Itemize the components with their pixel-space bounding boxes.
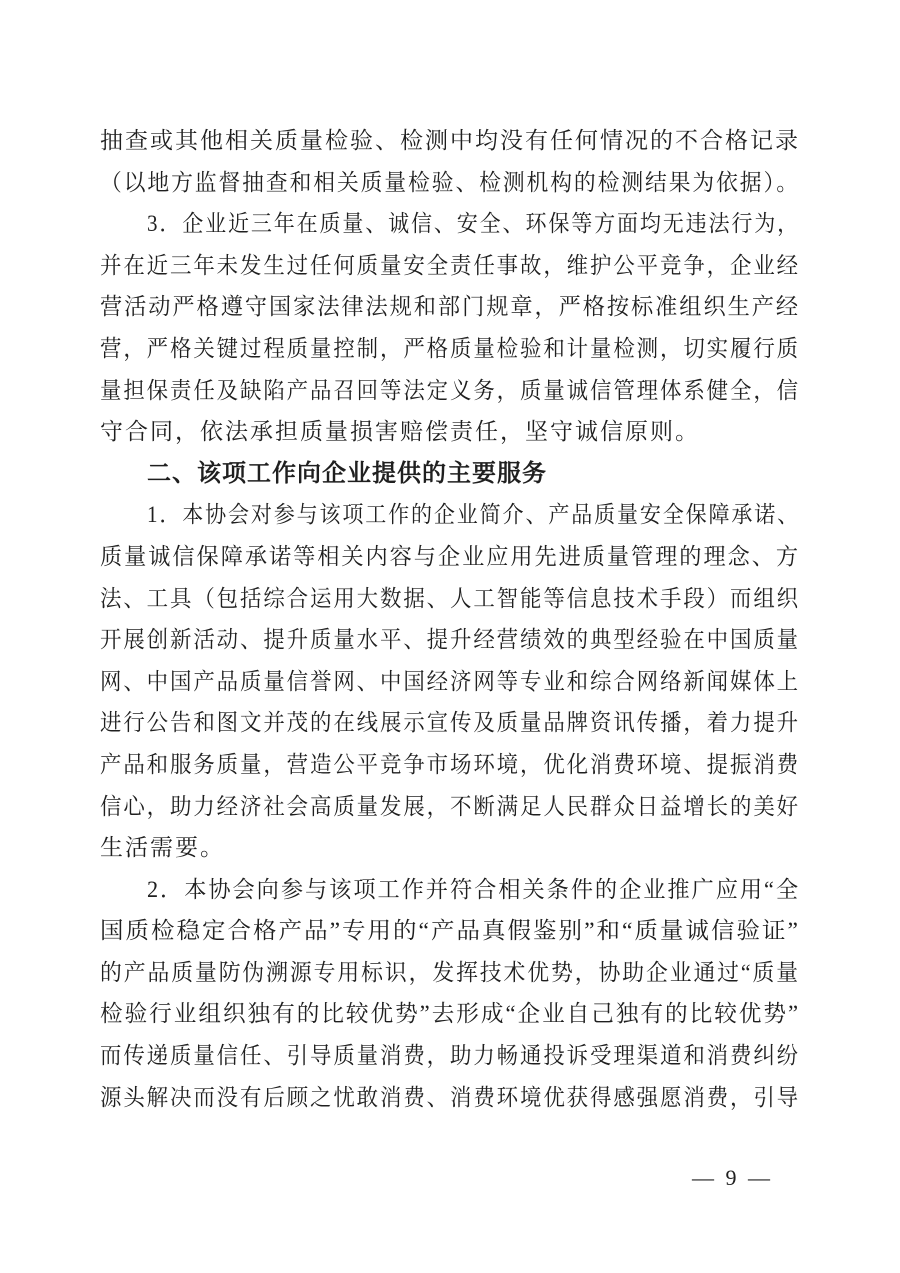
text-line: 守合同，依法承担质量损害赔偿责任，坚守诚信原则。 (100, 411, 800, 453)
text-line: 并在近三年未发生过任何质量安全责任事故，维护公平竞争，企业经 (100, 245, 800, 287)
page-number: — 9 — (692, 1163, 773, 1193)
text-line: 营活动严格遵守国家法律法规和部门规章，严格按标准组织生产经 (100, 286, 800, 328)
text-line: 2．本协会向参与该项工作并符合相关条件的企业推广应用“全 (100, 869, 800, 911)
text-line: 国质检稳定合格产品”专用的“产品真假鉴别”和“质量诚信验证” (100, 910, 800, 952)
text-line: 网、中国产品质量信誉网、中国经济网等专业和综合网络新闻媒体上 (100, 661, 800, 703)
text-line: 信心，助力经济社会高质量发展，不断满足人民群众日益增长的美好 (100, 786, 800, 828)
text-line: 质量诚信保障承诺等相关内容与企业应用先进质量管理的理念、方 (100, 536, 800, 578)
text-line: 开展创新活动、提升质量水平、提升经营绩效的典型经验在中国质量 (100, 619, 800, 661)
text-line: 进行公告和图文并茂的在线展示宣传及质量品牌资讯传播，着力提升 (100, 702, 800, 744)
text-line: 生活需要。 (100, 827, 800, 869)
document-page: 抽查或其他相关质量检验、检测中均没有任何情况的不合格记录（以地方监督抽查和相关质… (0, 0, 900, 1273)
text-line: 量担保责任及缺陷产品召回等法定义务，质量诚信管理体系健全，信 (100, 370, 800, 412)
text-line: 法、工具（包括综合运用大数据、人工智能等信息技术手段）而组织 (100, 578, 800, 620)
text-line: 1．本协会对参与该项工作的企业简介、产品质量安全保障承诺、 (100, 494, 800, 536)
text-line: 3．企业近三年在质量、诚信、安全、环保等方面均无违法行为， (100, 203, 800, 245)
document-body: 抽查或其他相关质量检验、检测中均没有任何情况的不合格记录（以地方监督抽查和相关质… (100, 120, 800, 1118)
text-line: （以地方监督抽查和相关质量检验、检测机构的检测结果为依据）。 (100, 162, 800, 204)
text-line: 检验行业组织独有的比较优势”去形成“企业自己独有的比较优势” (100, 993, 800, 1035)
text-line: 抽查或其他相关质量检验、检测中均没有任何情况的不合格记录 (100, 120, 800, 162)
text-line: 营，严格关键过程质量控制，严格质量检验和计量检测，切实履行质 (100, 328, 800, 370)
text-line: 的产品质量防伪溯源专用标识，发挥技术优势，协助企业通过“质量 (100, 952, 800, 994)
text-line: 而传递质量信任、引导质量消费，助力畅通投诉受理渠道和消费纠纷 (100, 1035, 800, 1077)
section-heading: 二、该项工作向企业提供的主要服务 (100, 453, 800, 495)
text-line: 产品和服务质量，营造公平竞争市场环境，优化消费环境、提振消费 (100, 744, 800, 786)
text-line: 源头解决而没有后顾之忧敢消费、消费环境优获得感强愿消费，引导 (100, 1077, 800, 1119)
